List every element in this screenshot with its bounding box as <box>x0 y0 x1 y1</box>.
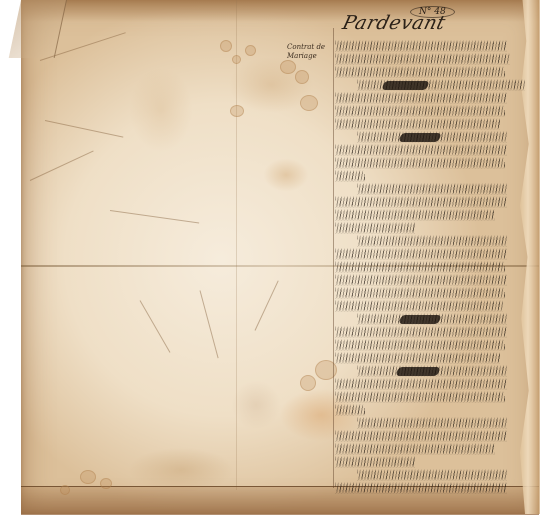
handwriting-line <box>357 183 507 195</box>
handwriting-line <box>335 53 510 65</box>
handwriting-line <box>335 157 505 169</box>
handwriting-line <box>335 144 507 156</box>
handwriting-bold-word <box>395 367 440 376</box>
handwriting-line <box>335 287 505 299</box>
handwriting-line <box>335 248 507 260</box>
handwriting-line <box>357 469 507 481</box>
handwriting-bold-word <box>398 133 441 142</box>
handwriting-line <box>335 209 495 221</box>
handwriting-line <box>335 404 365 416</box>
handwriting-line <box>335 196 507 208</box>
stain-drop <box>80 470 96 484</box>
handwriting-bold-word <box>398 315 441 324</box>
handwriting-line <box>335 391 505 403</box>
handwriting-line <box>335 456 415 468</box>
handwriting-bold-word <box>381 81 429 90</box>
stain-drop <box>245 45 256 56</box>
stain-drop <box>300 375 316 391</box>
handwriting-line <box>335 274 507 286</box>
stain-drop <box>60 485 70 495</box>
handwriting-line <box>335 222 415 234</box>
handwriting-line <box>335 339 505 351</box>
handwriting-line <box>335 378 507 390</box>
handwriting-line <box>357 235 507 247</box>
margin-rule <box>333 28 334 488</box>
vertical-fold <box>236 0 237 490</box>
document-heading: Pardevant <box>340 12 448 34</box>
handwriting-line <box>335 66 505 78</box>
handwriting-line <box>335 40 507 52</box>
handwriting-line <box>335 170 365 182</box>
stain-drop <box>280 60 296 74</box>
stain-drop <box>220 40 232 52</box>
handwriting-line <box>335 118 500 130</box>
handwriting-line <box>335 352 500 364</box>
handwriting-line <box>335 92 507 104</box>
stain-drop <box>300 95 318 111</box>
handwriting-line <box>335 430 507 442</box>
handwriting-line <box>357 417 507 429</box>
stain-drop <box>295 70 309 84</box>
handwritten-document: N° 48 Pardevant Contrat de Mariage <box>335 8 515 508</box>
handwriting-line <box>335 261 505 273</box>
handwriting-line <box>335 105 505 117</box>
handwriting-line <box>335 443 495 455</box>
margin-note: Contrat de Mariage <box>287 43 333 61</box>
stain-drop <box>230 105 244 117</box>
stain-drop <box>232 55 241 64</box>
stain-drop <box>100 478 112 489</box>
handwriting-line <box>335 326 507 338</box>
handwriting-line <box>335 482 507 494</box>
handwriting-line <box>335 300 503 312</box>
